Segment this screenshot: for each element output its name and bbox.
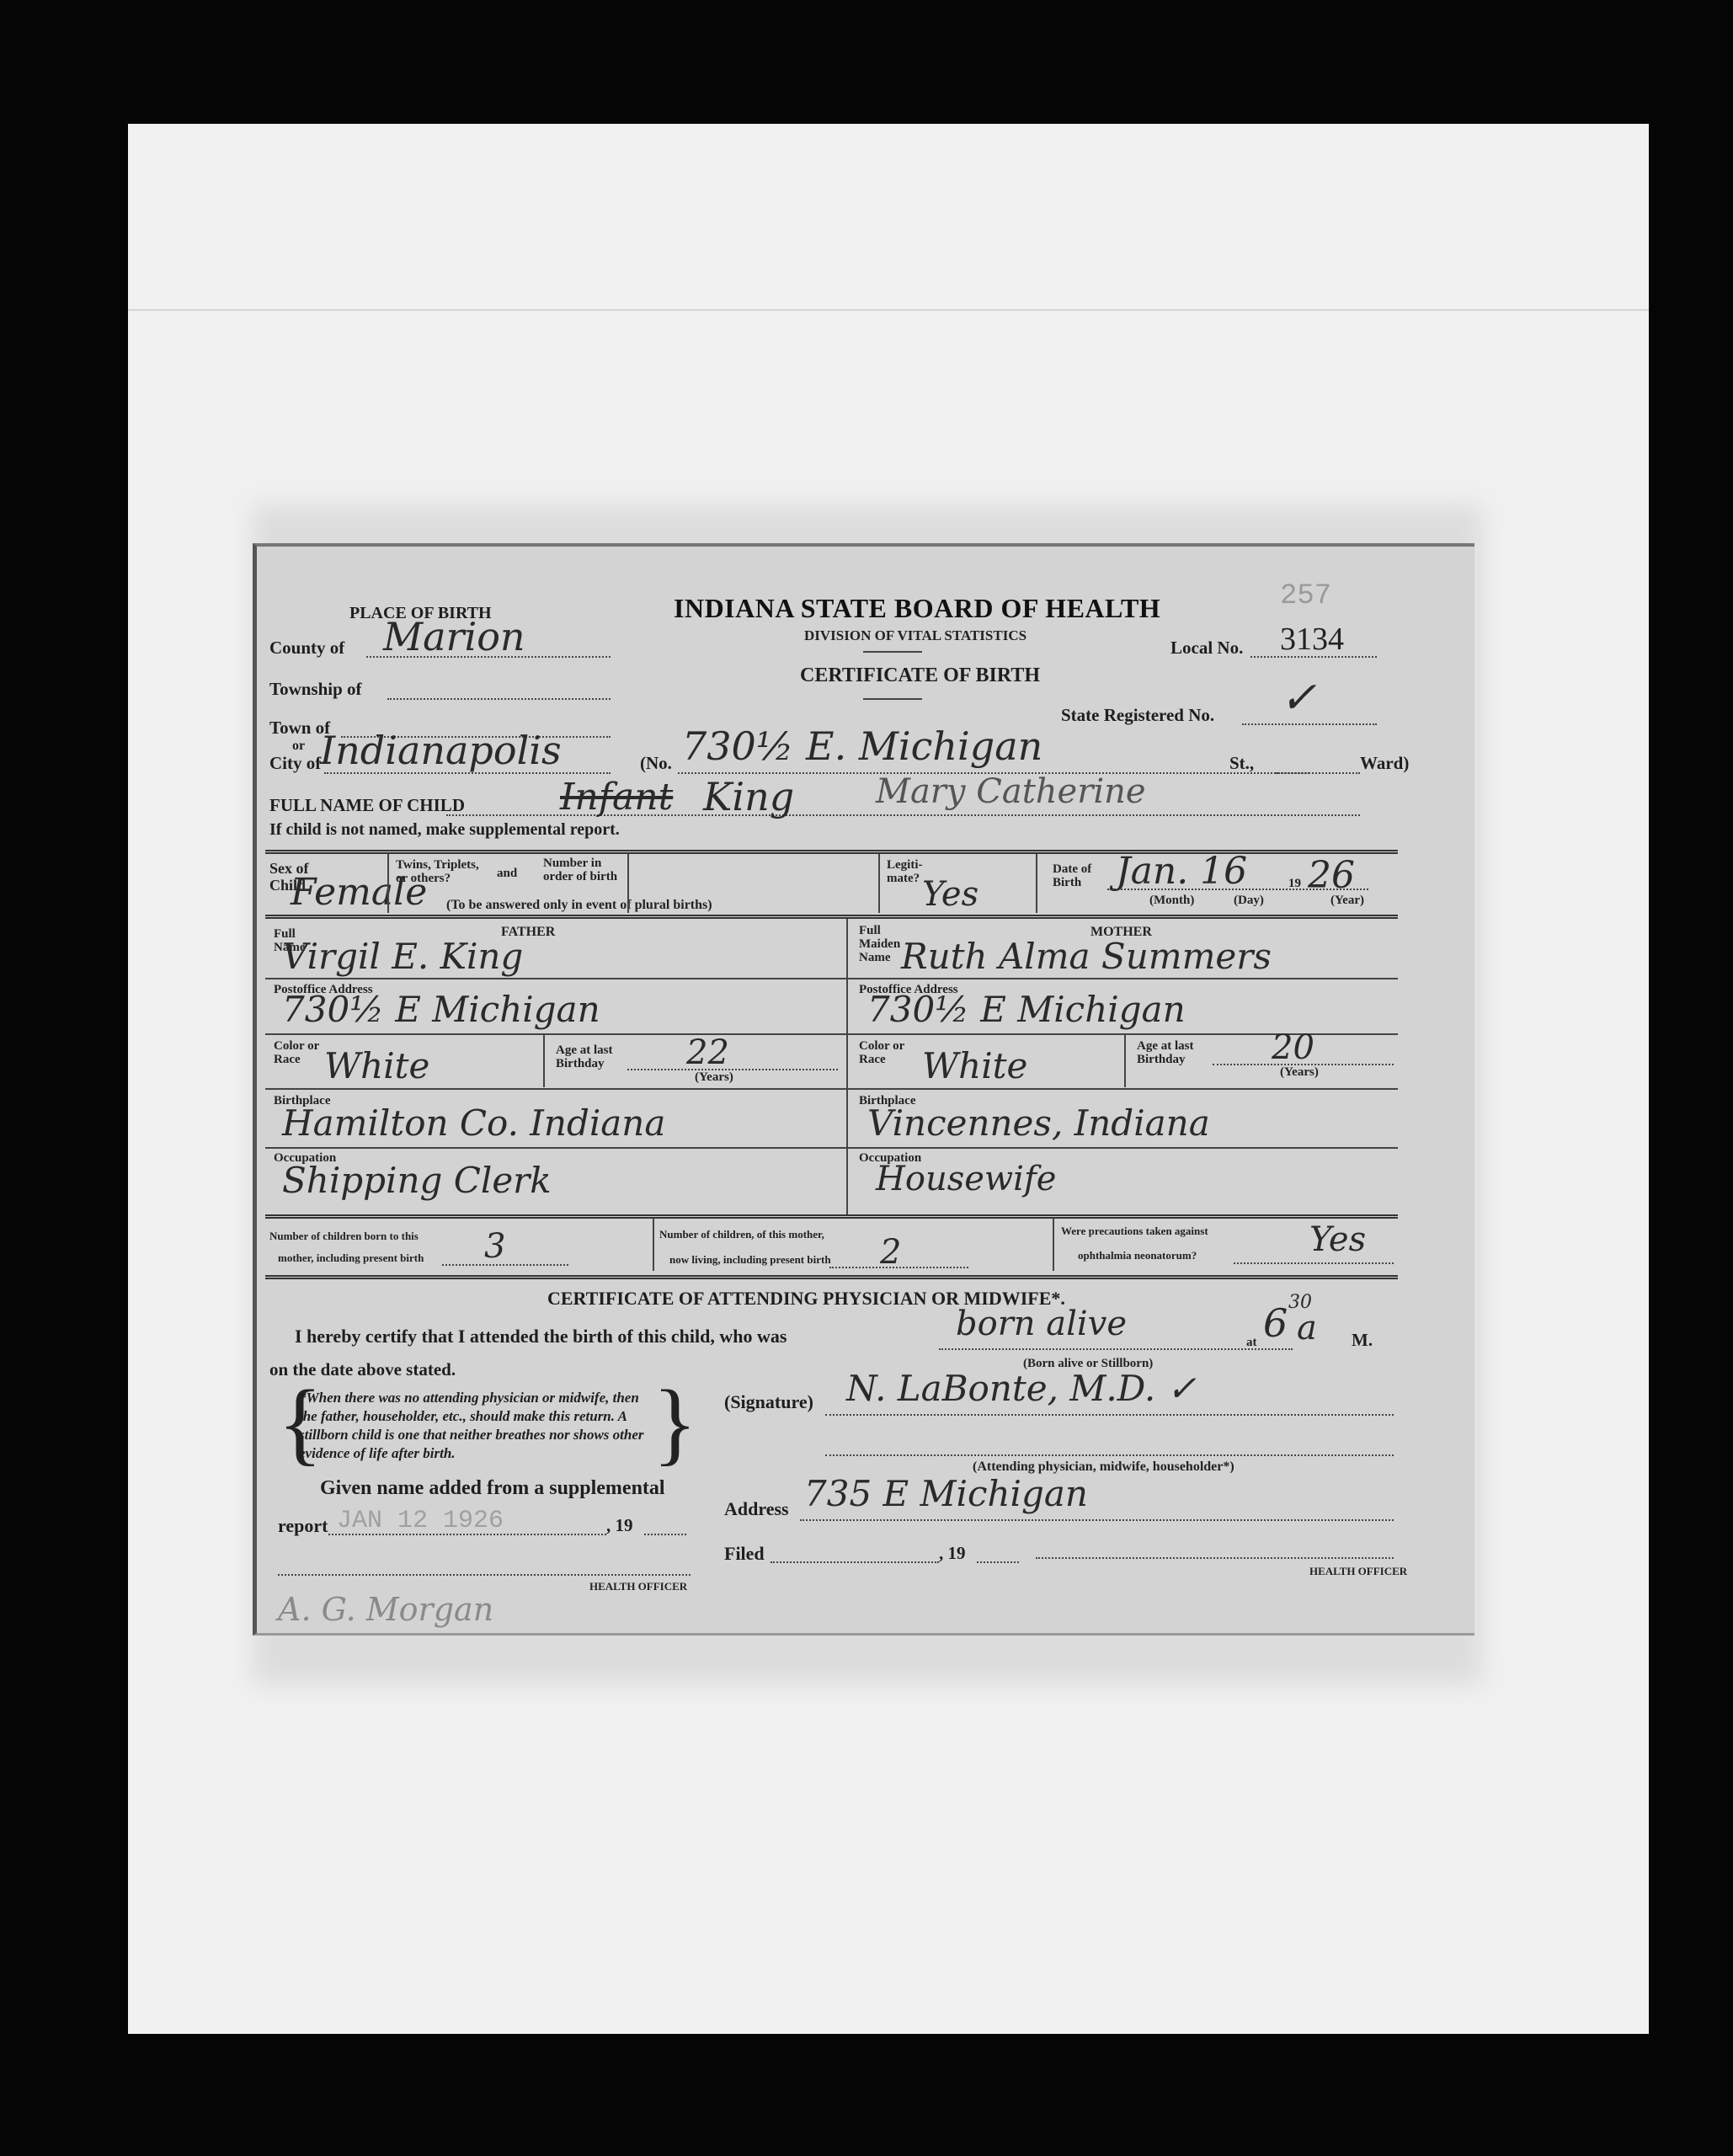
children-born-label-2: mother, including present birth [278, 1252, 424, 1264]
dob-year-prefix: 19 [1288, 877, 1301, 890]
birth-order-label: Number in order of birth [543, 857, 619, 883]
board-title: INDIANA STATE BOARD OF HEALTH [674, 593, 1160, 624]
street-no-label: (No. [640, 753, 672, 774]
signer-caption: (Attending physician, midwife, household… [973, 1460, 1234, 1474]
mother-name-value: Ruth Alma Summers [901, 936, 1272, 977]
mother-address-value: 730½ E Michigan [867, 989, 1186, 1030]
father-age-value: 22 [686, 1033, 729, 1072]
county-value: Marion [383, 614, 525, 659]
children-born-value: 3 [484, 1227, 505, 1266]
child-given-name: Mary Catherine [876, 772, 1146, 811]
mother-name-label: Full Maiden Name [859, 924, 897, 964]
certificate-title: CERTIFICATE OF BIRTH [800, 664, 1040, 687]
report-date-stamp: JAN 12 1926 [337, 1507, 504, 1535]
birth-certificate-card: PLACE OF BIRTH County of Marion Township… [253, 543, 1474, 1636]
footnote-text: *When there was no attending physician o… [299, 1389, 653, 1463]
precautions-label-2: ophthalmia neonatorum? [1078, 1250, 1197, 1262]
precautions-value: Yes [1309, 1220, 1366, 1259]
children-living-value: 2 [880, 1233, 901, 1272]
children-born-label-1: Number of children born to this [269, 1230, 419, 1242]
health-officer-signature: A. G. Morgan [278, 1591, 493, 1628]
address-value: 735 E Michigan [804, 1473, 1088, 1514]
stamp-number: 257 [1280, 580, 1331, 612]
local-no-value: 3134 [1280, 621, 1344, 658]
right-health-officer-label: HEALTH OFFICER [1309, 1566, 1407, 1577]
full-name-label: FULL NAME OF CHILD [269, 795, 465, 816]
mother-birthplace-value: Vincennes, Indiana [867, 1102, 1210, 1144]
twins-label: Twins, Triplets, or others? [396, 858, 488, 885]
street-value: 730½ E. Michigan [682, 723, 1042, 769]
plural-births-note: (To be answered only in event of plural … [446, 899, 712, 912]
day-caption: (Day) [1234, 894, 1264, 907]
filed-nineteen: , 19 [939, 1543, 966, 1564]
mother-race-label: Color or Race [859, 1039, 918, 1066]
at-label: at [1246, 1336, 1257, 1349]
year-caption: (Year) [1330, 894, 1364, 907]
state-registered-label: State Registered No. [1061, 705, 1214, 726]
paper-fold-line [128, 309, 1649, 311]
city-label: City of [269, 753, 321, 774]
dob-year: 26 [1308, 854, 1355, 897]
address-label: Address [724, 1498, 789, 1520]
filed-label: Filed [724, 1543, 765, 1565]
report-nineteen: , 19 [606, 1515, 633, 1536]
father-years-caption: (Years) [695, 1070, 733, 1084]
child-name-struck: Infant [560, 776, 673, 819]
dob-month-day: Jan. 16 [1116, 850, 1247, 893]
month-caption: (Month) [1149, 894, 1194, 907]
signature-label: (Signature) [724, 1391, 813, 1413]
unnamed-note: If child is not named, make supplemental… [269, 820, 620, 840]
father-race-value: White [324, 1045, 429, 1086]
father-address-value: 730½ E Michigan [282, 989, 600, 1030]
child-surname: King [703, 774, 794, 819]
father-birthplace-value: Hamilton Co. Indiana [282, 1102, 665, 1144]
and-label: and [497, 867, 517, 880]
legitimate-value: Yes [922, 875, 978, 914]
born-status-value: born alive [956, 1305, 1127, 1343]
city-value: Indianapolis [320, 728, 562, 773]
given-name-text: Given name added from a supplemental [320, 1477, 665, 1500]
left-health-officer-label: HEALTH OFFICER [589, 1581, 687, 1593]
m-label: M. [1352, 1330, 1373, 1351]
mother-years-caption: (Years) [1280, 1065, 1319, 1079]
children-living-label-2: now living, including present birth [669, 1254, 831, 1266]
precautions-label-1: Were precautions taken against [1061, 1225, 1208, 1237]
township-label: Township of [269, 679, 362, 700]
report-label: report [278, 1515, 328, 1537]
children-living-label-1: Number of children, of this mother, [659, 1229, 824, 1241]
state-registered-check-icon: ✓ [1280, 673, 1317, 723]
mother-age-label: Age at last Birthday [1137, 1039, 1213, 1066]
time-ampm: a [1297, 1309, 1317, 1347]
local-no-label: Local No. [1170, 638, 1243, 659]
mother-age-value: 20 [1272, 1028, 1314, 1067]
or-label: or [292, 739, 305, 754]
father-age-label: Age at last Birthday [556, 1043, 632, 1070]
ward-label: Ward) [1360, 753, 1409, 774]
father-occupation-value: Shipping Clerk [282, 1160, 552, 1201]
county-label: County of [269, 638, 344, 659]
certify-text: I hereby certify that I attended the bir… [295, 1326, 787, 1347]
time-hour: 6 [1263, 1300, 1288, 1346]
footnote-right-brace: } [653, 1376, 697, 1469]
father-name-value: Virgil E. King [282, 936, 523, 977]
mother-race-value: White [922, 1045, 1027, 1086]
division-subtitle: DIVISION OF VITAL STATISTICS [804, 627, 1026, 644]
mother-occupation-value: Housewife [876, 1160, 1056, 1198]
st-label: St., [1229, 753, 1254, 774]
date-of-birth-label: Date of Birth [1053, 862, 1103, 889]
signature-value: N. LaBonte, M.D. ✓ [846, 1368, 1197, 1409]
